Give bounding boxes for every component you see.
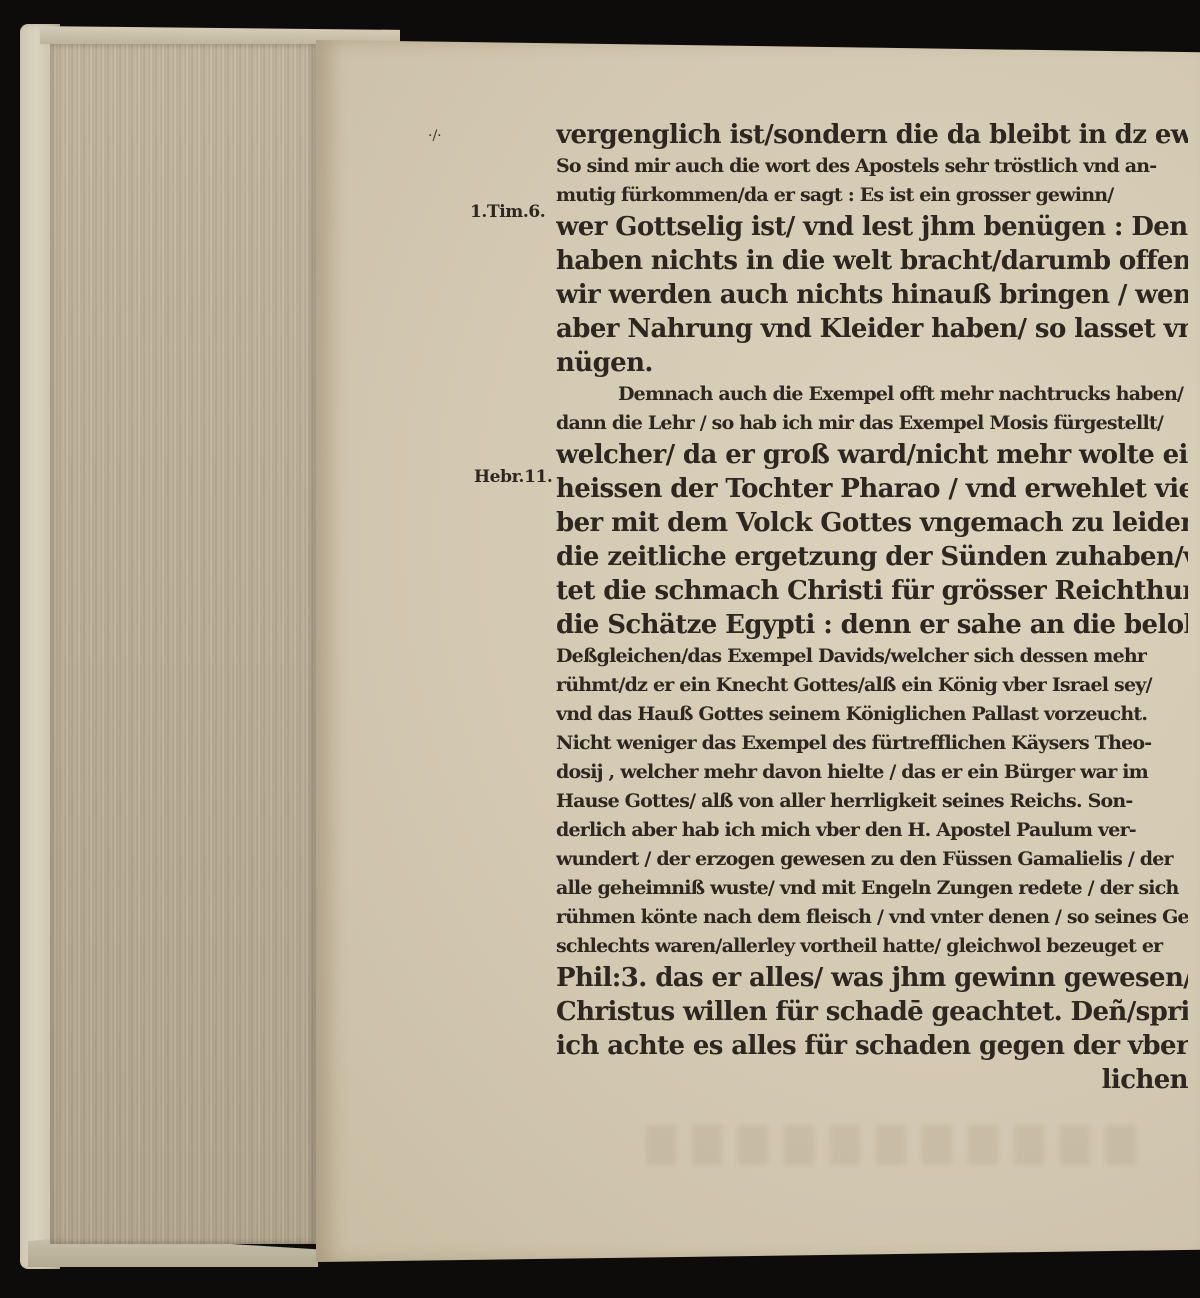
text-line: dann die Lehr / so hab ich mir das Exemp… [556, 409, 1188, 438]
text-line: dosij , welcher mehr davon hielte / das … [556, 758, 1188, 787]
text-line: rühmen könte nach dem fleisch / vnd vnte… [556, 903, 1188, 932]
text-line: ber mit dem Volck Gottes vngemach zu lei… [556, 506, 1188, 540]
text-line: mutig fürkommen/da er sagt : Es ist ein … [556, 181, 1188, 210]
text-line: vergenglich ist/sondern die da bleibt in… [556, 118, 1188, 152]
text-line: welcher/ da er groß ward/nicht mehr wolt… [556, 438, 1188, 472]
text-line: So sind mir auch die wort des Apostels s… [556, 152, 1188, 181]
text-line: haben nichts in die welt bracht/darumb o… [556, 244, 1188, 278]
text-line: Christus willen für schadē geachtet. Deñ… [556, 995, 1188, 1029]
text-line: schlechts waren/allerley vortheil hatte/… [556, 932, 1188, 961]
text-line: die Schätze Egypti : denn er sahe an die… [556, 608, 1188, 642]
text-line: Demnach auch die Exempel offt mehr nacht… [556, 380, 1188, 409]
text-line: Hause Gottes/ alß von aller herrligkeit … [556, 787, 1188, 816]
text-line: vnd das Hauß Gottes seinem Königlichen P… [556, 700, 1188, 729]
text-line: derlich aber hab ich mich vber den H. Ap… [556, 816, 1188, 845]
body-text: vergenglich ist/sondern die da bleibt in… [556, 118, 1188, 1097]
text-line: tet die schmach Christi für grösser Reic… [556, 574, 1188, 608]
text-line: Phil:3. das er alles/ was jhm gewinn gew… [556, 961, 1188, 995]
text-line: heissen der Tochter Pharao / vnd erwehle… [556, 472, 1188, 506]
text-line: aber Nahrung vnd Kleider haben/ so lasse… [556, 312, 1188, 346]
text-line: Nicht weniger das Exempel des fürtreffli… [556, 729, 1188, 758]
text-line: wundert / der erzogen gewesen zu den Füs… [556, 845, 1188, 874]
printed-page: ·/· 1.Tim.6. Hebr.11. vergenglich ist/so… [316, 40, 1200, 1262]
stacked-page-edges [50, 44, 316, 1244]
text-line: wir werden auch nichts hinauß bringen / … [556, 278, 1188, 312]
text-line: rühmt/dz er ein Knecht Gottes/alß ein Kö… [556, 671, 1188, 700]
corner-mark: ·/· [428, 128, 442, 144]
book-photo: ·/· 1.Tim.6. Hebr.11. vergenglich ist/so… [0, 0, 1200, 1298]
text-line: wer Gottselig ist/ vnd lest jhm benügen … [556, 210, 1188, 244]
margin-note-hebr-11: Hebr.11. [474, 467, 552, 487]
ink-show-through [646, 1125, 1146, 1165]
text-line: alle geheimniß wuste/ vnd mit Engeln Zun… [556, 874, 1188, 903]
text-line: Deßgleichen/das Exempel Davids/welcher s… [556, 642, 1188, 671]
text-line: nügen. [556, 346, 1188, 380]
catchword: lichen [556, 1063, 1188, 1097]
margin-note-1-tim-6: 1.Tim.6. [470, 202, 545, 222]
text-line: die zeitliche ergetzung der Sünden zuhab… [556, 540, 1188, 574]
text-line: ich achte es alles für schaden gegen der… [556, 1029, 1188, 1063]
